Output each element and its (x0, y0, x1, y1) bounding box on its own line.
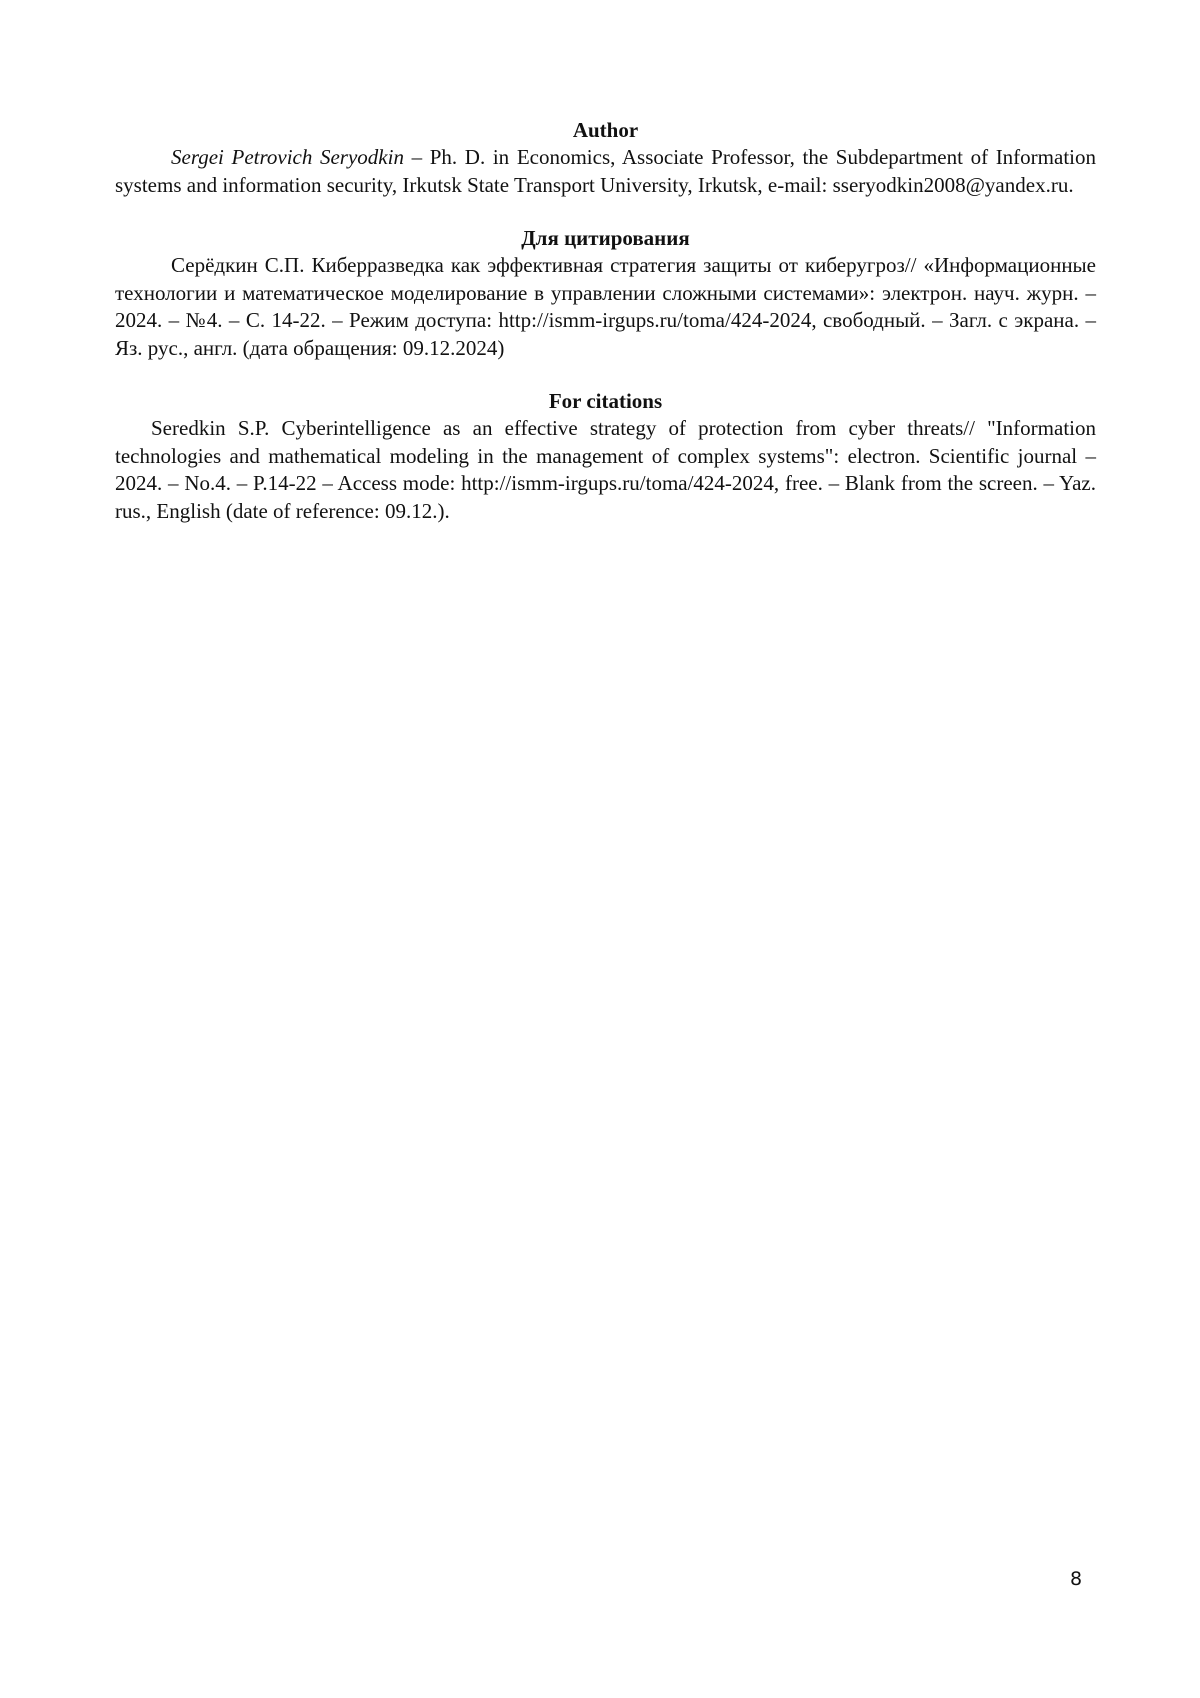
citation-en-text: Seredkin S.P. Cyberintelligence as an ef… (115, 415, 1096, 525)
citation-ru-heading: Для цитирования (115, 224, 1096, 252)
citation-ru-section: Для цитирования Серёдкин С.П. Киберразве… (115, 224, 1096, 362)
author-name: Sergei Petrovich Seryodkin (171, 145, 404, 169)
citation-en-section: For citations Seredkin S.P. Cyberintelli… (115, 387, 1096, 525)
citation-en-heading: For citations (115, 387, 1096, 415)
author-heading: Author (115, 116, 1096, 144)
author-section: Author Sergei Petrovich Seryodkin – Ph. … (115, 116, 1096, 199)
author-bio: Sergei Petrovich Seryodkin – Ph. D. in E… (115, 144, 1096, 199)
document-page: Author Sergei Petrovich Seryodkin – Ph. … (115, 116, 1096, 550)
page-number: 8 (1070, 1568, 1082, 1590)
citation-ru-text: Серёдкин С.П. Киберразведка как эффектив… (115, 252, 1096, 362)
